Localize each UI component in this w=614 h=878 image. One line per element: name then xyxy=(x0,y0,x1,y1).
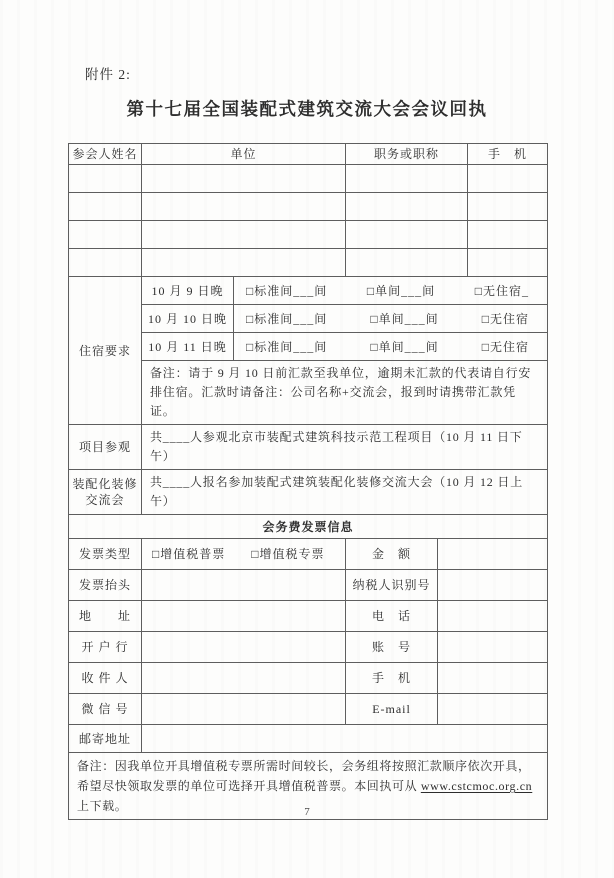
single-room-checkbox-option: □单间___间 xyxy=(370,339,438,355)
single-room-checkbox-option: □单间___间 xyxy=(370,311,438,327)
mailing-address-label: 邮寄地址 xyxy=(69,725,142,753)
attendee-unit-cell xyxy=(142,193,346,221)
invoice-row: 收 件 人 手 机 xyxy=(69,663,548,694)
invoice-title-value-cell xyxy=(142,570,346,601)
attendee-header-row: 参会人姓名 单位 职务或职称 手 机 xyxy=(69,144,548,165)
invoice-row: 微 信 号 E-mail xyxy=(69,694,548,725)
header-attendee-name: 参会人姓名 xyxy=(69,144,142,165)
footer-note-link: www.cstcmoc.org.cn xyxy=(421,779,532,793)
attachment-label: 附件 2: xyxy=(85,63,131,83)
attendee-title-cell xyxy=(346,165,468,193)
header-title-or-position: 职务或职称 xyxy=(346,144,468,165)
attendee-unit-cell xyxy=(142,249,346,277)
accommodation-row: 住宿要求 10 月 9 日晚 □标准间___间 □单间___间 □无住宿_ xyxy=(69,277,548,305)
accommodation-options-cell: □标准间___间 □单间___间 □无住宿 xyxy=(234,305,548,333)
mailing-address-value-cell xyxy=(142,725,548,753)
attendee-name-cell xyxy=(69,193,142,221)
decoration-forum-text: 共____人报名参加装配式建筑装配化装修交流大会（10 月 12 日上午） xyxy=(142,470,547,514)
invoice-type-label: 发票类型 xyxy=(69,539,142,570)
vat-ordinary-checkbox-option: □增值税普票 xyxy=(152,546,225,562)
invoice-section-title: 会务费发票信息 xyxy=(69,515,548,539)
account-label: 账 号 xyxy=(346,632,438,663)
accommodation-date: 10 月 11 日晚 xyxy=(142,333,234,361)
attendee-row xyxy=(69,249,548,277)
decoration-forum-label: 装配化装修交流会 xyxy=(69,470,142,515)
attendee-row xyxy=(69,193,548,221)
account-value-cell xyxy=(438,632,548,663)
address-label: 地 址 xyxy=(69,601,142,632)
taxpayer-id-value-cell xyxy=(438,570,548,601)
attendee-name-cell xyxy=(69,249,142,277)
decoration-forum-row: 装配化装修交流会 共____人报名参加装配式建筑装配化装修交流大会（10 月 1… xyxy=(69,470,548,515)
standard-room-checkbox-option: □标准间___间 xyxy=(246,339,327,355)
page-number: 7 xyxy=(0,806,614,818)
accommodation-date: 10 月 10 日晚 xyxy=(142,305,234,333)
invoice-row: 地 址 电 话 xyxy=(69,601,548,632)
accommodation-date: 10 月 9 日晚 xyxy=(142,277,234,305)
accommodation-options-cell: □标准间___间 □单间___间 □无住宿 xyxy=(234,333,548,361)
invoice-row: 发票抬头 纳税人识别号 xyxy=(69,570,548,601)
attendee-name-cell xyxy=(69,165,142,193)
phone-value-cell xyxy=(438,601,548,632)
invoice-row: 开 户 行 账 号 xyxy=(69,632,548,663)
single-room-checkbox-option: □单间___间 xyxy=(367,283,435,299)
bank-label: 开 户 行 xyxy=(69,632,142,663)
header-mobile: 手 机 xyxy=(468,144,548,165)
attendee-unit-cell xyxy=(142,221,346,249)
project-visit-text-cell: 共____人参观北京市装配式建筑科技示范工程项目（10 月 11 日下午） xyxy=(142,425,548,470)
vat-special-checkbox-option: □增值税专票 xyxy=(251,546,324,562)
invoice-type-options-cell: □增值税普票 □增值税专票 xyxy=(142,539,346,570)
email-value-cell xyxy=(438,694,548,725)
taxpayer-id-label: 纳税人识别号 xyxy=(346,570,438,601)
mobile-value-cell xyxy=(438,663,548,694)
attendee-title-cell xyxy=(346,193,468,221)
attendee-row xyxy=(69,165,548,193)
mobile-label: 手 机 xyxy=(346,663,438,694)
decoration-forum-text-cell: 共____人报名参加装配式建筑装配化装修交流大会（10 月 12 日上午） xyxy=(142,470,548,515)
attendee-mobile-cell xyxy=(468,193,548,221)
attendee-title-cell xyxy=(346,221,468,249)
attendee-row xyxy=(69,221,548,249)
registration-form-table: 参会人姓名 单位 职务或职称 手 机 xyxy=(68,143,548,820)
project-visit-label: 项目参观 xyxy=(69,425,142,470)
attendee-mobile-cell xyxy=(468,165,548,193)
accommodation-note: 备注：请于 9 月 10 日前汇款至我单位，逾期未汇款的代表请自行安排住宿。汇款… xyxy=(142,361,547,424)
no-room-checkbox-option: □无住宿 xyxy=(482,311,529,327)
attendee-title-cell xyxy=(346,249,468,277)
attendee-mobile-cell xyxy=(468,221,548,249)
invoice-section-row: 会务费发票信息 xyxy=(69,515,548,539)
standard-room-checkbox-option: □标准间___间 xyxy=(246,283,327,299)
accommodation-options-cell: □标准间___间 □单间___间 □无住宿_ xyxy=(234,277,548,305)
recipient-label: 收 件 人 xyxy=(69,663,142,694)
wechat-value-cell xyxy=(142,694,346,725)
standard-room-checkbox-option: □标准间___间 xyxy=(246,311,327,327)
amount-label: 金 额 xyxy=(346,539,438,570)
invoice-title-label: 发票抬头 xyxy=(69,570,142,601)
project-visit-row: 项目参观 共____人参观北京市装配式建筑科技示范工程项目（10 月 11 日下… xyxy=(69,425,548,470)
email-label: E-mail xyxy=(346,694,438,725)
page-title: 第十七届全国装配式建筑交流大会会议回执 xyxy=(0,96,614,121)
attendee-unit-cell xyxy=(142,165,346,193)
wechat-label: 微 信 号 xyxy=(69,694,142,725)
attendee-mobile-cell xyxy=(468,249,548,277)
accommodation-label-cell: 住宿要求 xyxy=(69,277,142,425)
project-visit-text: 共____人参观北京市装配式建筑科技示范工程项目（10 月 11 日下午） xyxy=(142,425,547,469)
mailing-address-row: 邮寄地址 xyxy=(69,725,548,753)
recipient-value-cell xyxy=(142,663,346,694)
no-room-checkbox-option: □无住宿 xyxy=(482,339,529,355)
amount-value-cell xyxy=(438,539,548,570)
address-value-cell xyxy=(142,601,346,632)
phone-label: 电 话 xyxy=(346,601,438,632)
scanned-document-page: 附件 2: 第十七届全国装配式建筑交流大会会议回执 参会人姓名 单位 职务或职称… xyxy=(0,0,614,878)
accommodation-note-cell: 备注：请于 9 月 10 日前汇款至我单位，逾期未汇款的代表请自行安排住宿。汇款… xyxy=(142,361,548,425)
attendee-name-cell xyxy=(69,221,142,249)
no-room-checkbox-option: □无住宿_ xyxy=(475,283,529,299)
invoice-type-row: 发票类型 □增值税普票 □增值税专票 金 额 xyxy=(69,539,548,570)
header-unit: 单位 xyxy=(142,144,346,165)
bank-value-cell xyxy=(142,632,346,663)
